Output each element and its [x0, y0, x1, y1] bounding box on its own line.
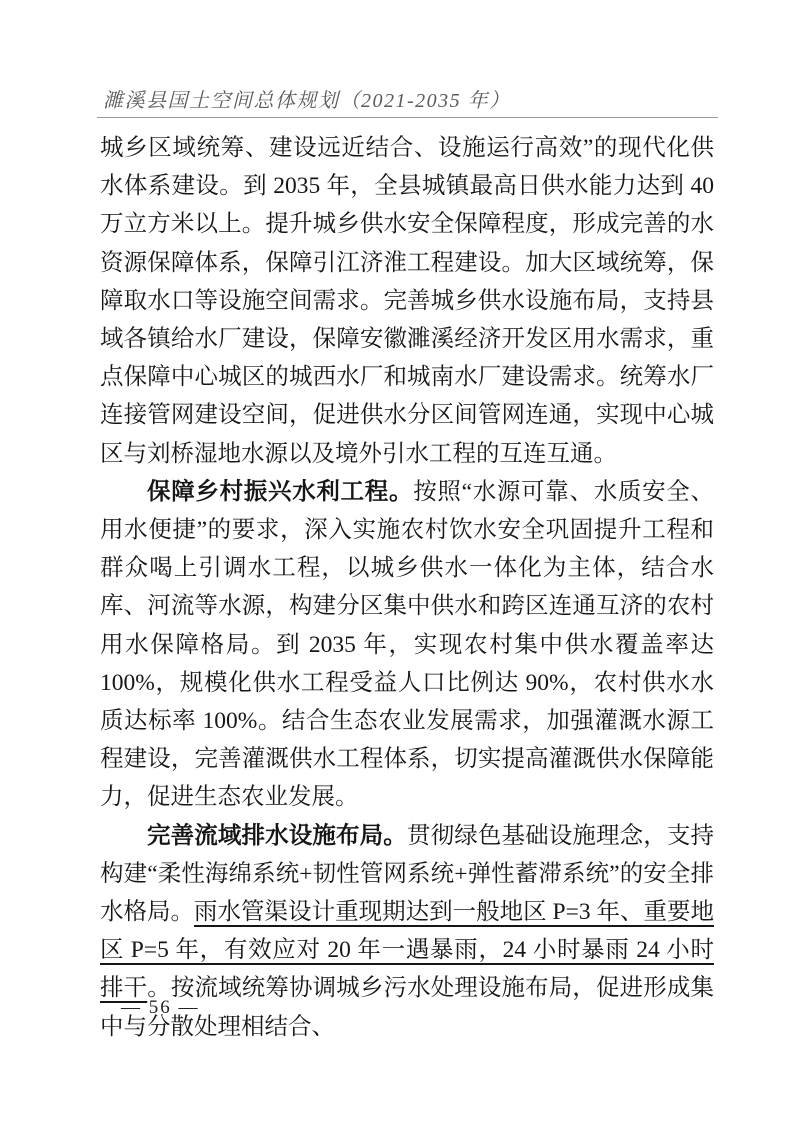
document-page: 濉溪县国土空间总体规划（2021-2035 年） 城乡区域统筹、建设远近结合、设…	[0, 0, 793, 1122]
text-segment: 完善流域排水设施布局。	[147, 823, 407, 849]
header-title: 濉溪县国土空间总体规划（2021-2035 年）	[103, 84, 703, 113]
document-body: 城乡区域统筹、建设远近结合、设施运行高效”的现代化供水体系建设。到 2035 年…	[100, 129, 714, 1046]
page-number: — 56 —	[121, 997, 200, 1019]
paragraph: 保障乡村振兴水利工程。按照“水源可靠、水质安全、用水便捷”的要求，深入实施农村饮…	[100, 473, 714, 817]
text-segment: 保障乡村振兴水利工程。	[147, 479, 413, 505]
paragraph: 城乡区域统筹、建设远近结合、设施运行高效”的现代化供水体系建设。到 2035 年…	[100, 129, 714, 473]
text-segment: 城乡区域统筹、建设远近结合、设施运行高效”的现代化供水体系建设。到 2035 年…	[100, 135, 714, 467]
text-segment: 按照“水源可靠、水质安全、用水便捷”的要求，深入实施农村饮水安全巩固提升工程和群…	[100, 479, 714, 811]
header-rule	[97, 117, 718, 118]
